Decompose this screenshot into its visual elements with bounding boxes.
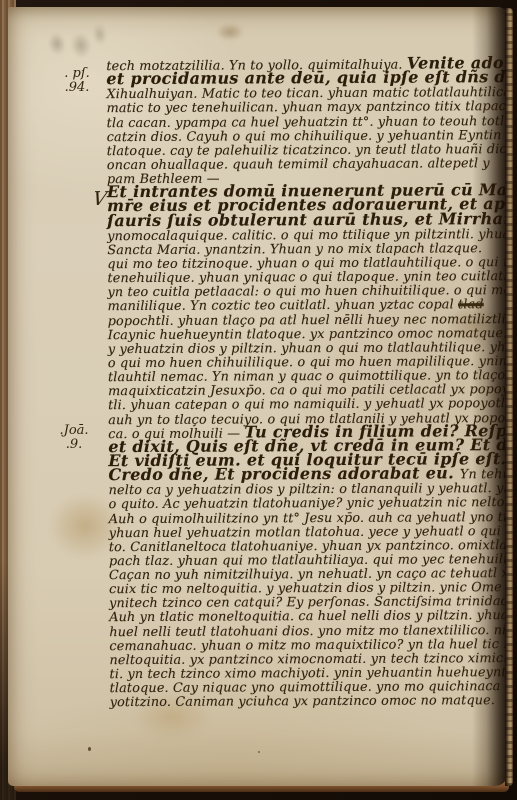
ink-speck <box>258 751 260 753</box>
manuscript-line: Auh o quimolhuilitzino yn tt° Jesu xp̄o.… <box>109 508 508 524</box>
manuscript-page: . pſ. .94. V .Joā. .9. tech motzatzilili… <box>8 7 508 786</box>
text-block: tech motzatzililia. Yn to yollo. quimita… <box>106 56 508 709</box>
margin-note-gospel: .Joā. .9. <box>48 424 100 452</box>
adjacent-page-edge <box>505 8 513 786</box>
psalm-ref-number: .94. <box>54 81 100 95</box>
manuscript-line: manililique. Yn coztic teo cuitlatl. yhu… <box>108 296 508 312</box>
gospel-ref-abbrev: .Joā. <box>48 424 100 438</box>
gospel-ref-number: .9. <box>48 438 100 452</box>
margin-note-psalm: . pſ. .94. <box>54 67 100 95</box>
ink-speck <box>88 747 91 751</box>
manuscript-line: popochtli. yhuan tlaço pa atl huel nēlli… <box>108 310 508 326</box>
psalm-ref-abbrev: . pſ. <box>54 67 100 81</box>
manuscript-line: matic to yec tenehuilican. yhuan mayx pa… <box>107 98 508 114</box>
manuscript-line: Auh yn tlatic moneltoquitia. ca huel nel… <box>109 607 508 623</box>
manuscript-line: tli. yhuan catepan o qui mo namiquili. y… <box>108 395 508 411</box>
manuscript-text-segment: yotitzino. Caniman yciuhca yx pantzinco … <box>110 693 496 710</box>
manuscript-line: o quito. Ac yehuatzin tlatohuaniye? ynic… <box>109 494 508 510</box>
stain <box>216 23 244 41</box>
gutter-shadow <box>472 7 508 786</box>
manuscript-line: oncan ohuallaque. quauh temimil chayahua… <box>107 155 508 171</box>
manuscript-line: yotitzino. Caniman yciuhca yx pantzinco … <box>110 692 508 708</box>
manuscript-photo: . pſ. .94. V .Joā. .9. tech motzatzilili… <box>0 0 517 800</box>
margin-verse-mark: V <box>91 188 108 210</box>
